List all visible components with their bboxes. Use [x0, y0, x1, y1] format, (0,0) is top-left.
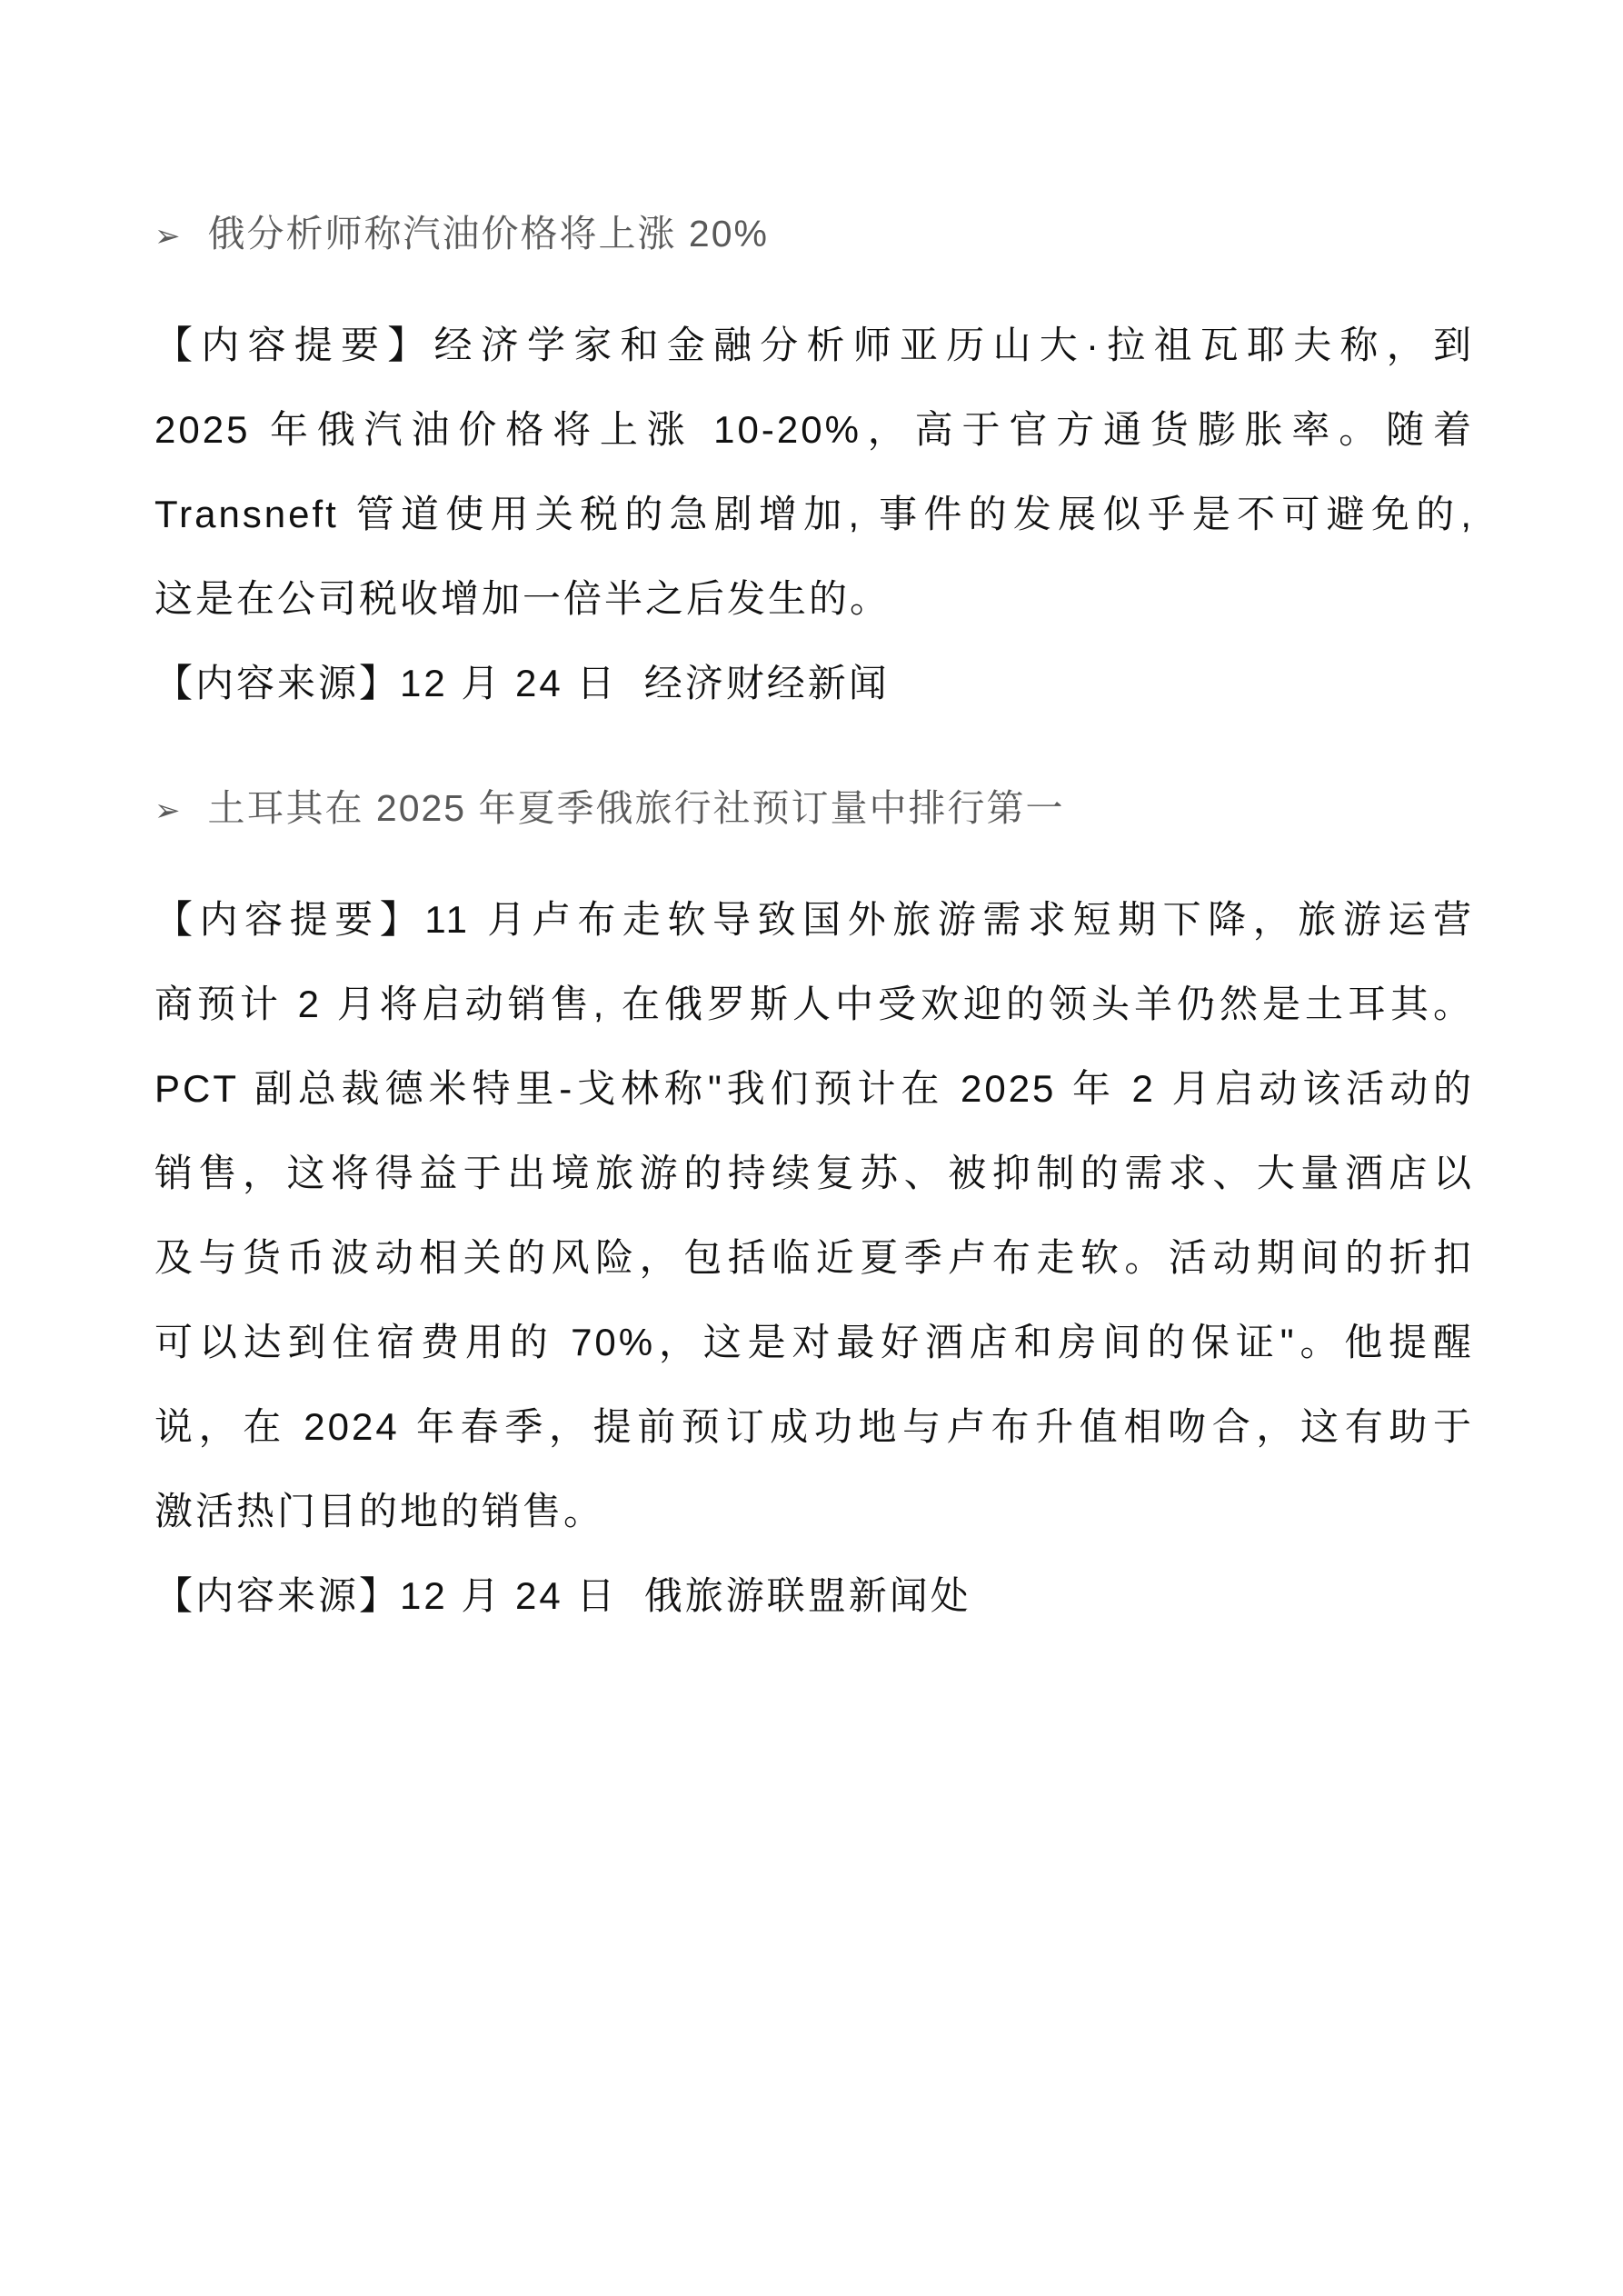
page-content: ➢ 俄分析师称汽油价格将上涨 20% 【内容提要】经济学家和金融分析师亚历山大·…	[154, 0, 1474, 1638]
summary-line: Transneft 管道使用关税的急剧增加, 事件的发展似乎是不可避免的,	[154, 472, 1474, 556]
section-2-heading: ➢ 土耳其在 2025 年夏季俄旅行社预订量中排行第一	[154, 780, 1474, 839]
document-page: { "page": { "background_color": "#ffffff…	[0, 0, 1623, 2296]
section-1-title: 俄分析师称汽油价格将上涨 20%	[208, 205, 769, 262]
section-1-source: 【内容来源】12 月 24 日 经济财经新闻	[154, 641, 1474, 725]
summary-line: 说，在 2024 年春季，提前预订成功地与卢布升值相吻合，这有助于	[154, 1384, 1474, 1469]
summary-line: 商预计 2 月将启动销售, 在俄罗斯人中受欢迎的领头羊仍然是土耳其。	[154, 962, 1474, 1046]
summary-line: 激活热门目的地的销售。	[154, 1469, 1474, 1553]
section-2-source: 【内容来源】12 月 24 日 俄旅游联盟新闻处	[154, 1553, 1474, 1638]
arrow-bullet-icon: ➢	[154, 783, 183, 839]
summary-line: 【内容提要】11 月卢布走软导致国外旅游需求短期下降，旅游运营	[154, 877, 1474, 962]
section-1-summary: 【内容提要】经济学家和金融分析师亚历山大·拉祖瓦耶夫称，到 2025 年俄汽油价…	[154, 303, 1474, 641]
summary-line: 【内容提要】经济学家和金融分析师亚历山大·拉祖瓦耶夫称，到	[154, 303, 1474, 387]
summary-line: 销售，这将得益于出境旅游的持续复苏、被抑制的需求、大量酒店以	[154, 1131, 1474, 1215]
summary-line: PCT 副总裁德米特里-戈林称"我们预计在 2025 年 2 月启动该活动的	[154, 1046, 1474, 1131]
summary-line: 2025 年俄汽油价格将上涨 10-20%，高于官方通货膨胀率。随着	[154, 387, 1474, 472]
section-2-summary: 【内容提要】11 月卢布走软导致国外旅游需求短期下降，旅游运营 商预计 2 月将…	[154, 877, 1474, 1553]
summary-line: 可以达到住宿费用的 70%，这是对最好酒店和房间的保证"。他提醒	[154, 1300, 1474, 1384]
section-1-heading: ➢ 俄分析师称汽油价格将上涨 20%	[154, 0, 1474, 265]
arrow-bullet-icon: ➢	[154, 208, 183, 265]
summary-line: 及与货币波动相关的风险，包括临近夏季卢布走软。活动期间的折扣	[154, 1215, 1474, 1300]
summary-line: 这是在公司税收增加一倍半之后发生的。	[154, 556, 1474, 641]
section-2-title: 土耳其在 2025 年夏季俄旅行社预订量中排行第一	[208, 780, 1065, 836]
